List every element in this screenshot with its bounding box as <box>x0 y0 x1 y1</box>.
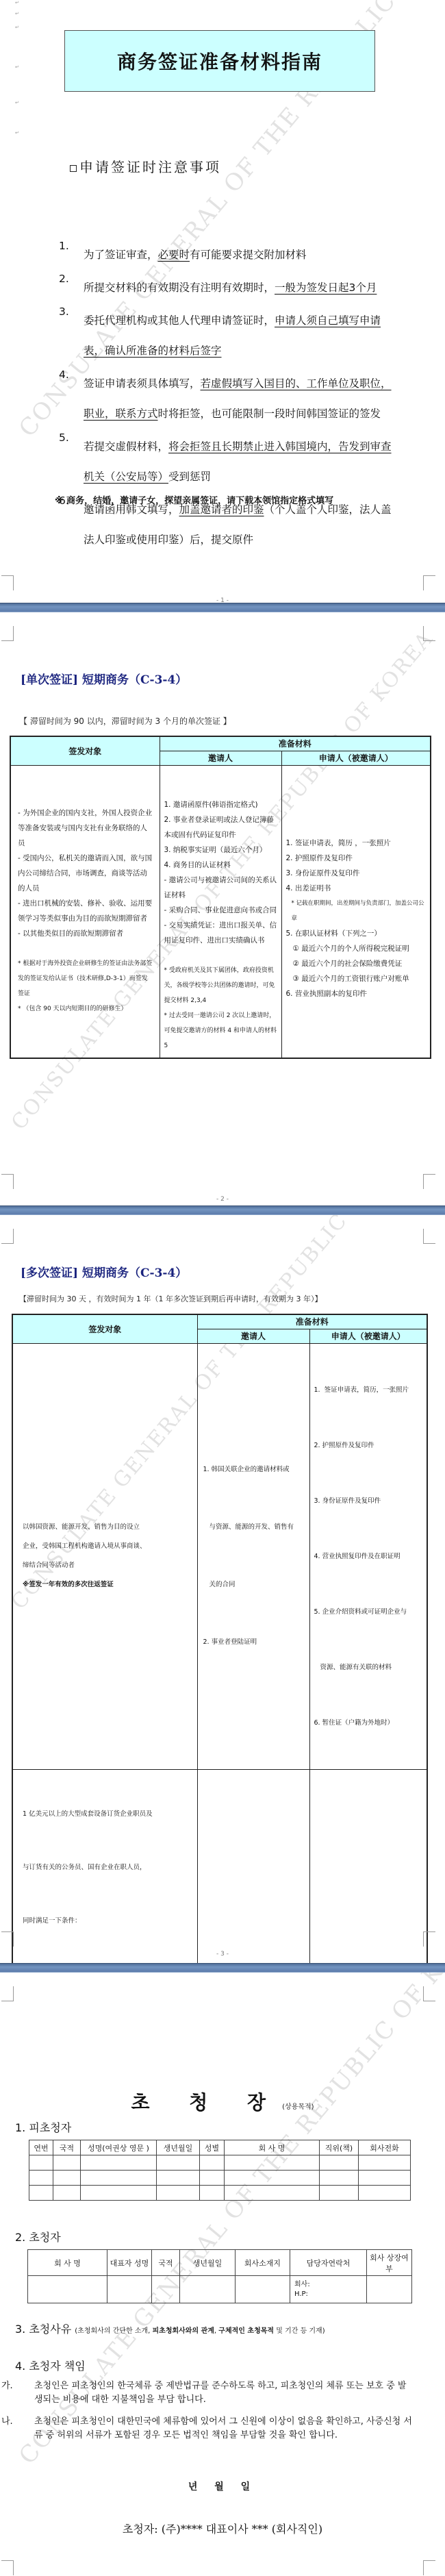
header-target: 签发对象 <box>12 1314 197 1343</box>
section-reason: 3. 초청사유 (초청회사의 간단한 소개, 피초청회사와의 관계, 구체적인 … <box>15 2321 325 2336</box>
crop-mark <box>423 1931 435 1947</box>
target-cell: 以韩国资源、能源开发、销售为目的设立 企业，受韩国工程机构邀请入境从事商谈、 缔… <box>12 1343 197 1769</box>
table-row: 以韩国资源、能源开发、销售为目的设立 企业，受韩国工程机构邀请入境从事商谈、 缔… <box>12 1343 427 1769</box>
signature-line: 초청자: (주)**** 대표이사 *** (회사직인) <box>0 2521 445 2536</box>
section-subtitle: 【滞留时间为 30 天 ，有效时间为 1 年（1 年多次签证到期后再申请时，有效… <box>19 1293 322 1304</box>
crop-mark <box>423 626 435 641</box>
paragraph-mark: ↵ <box>15 130 19 136</box>
crop-mark <box>423 575 435 590</box>
invitee-table: 연번 국적 성명(여권상 영문 ) 생년월일 성별 회 사 명 직위(책) 회사… <box>29 2140 411 2201</box>
section-inviter: 2. 초청자 <box>15 2229 61 2244</box>
crop-mark <box>423 2560 435 2575</box>
section-title: [多次签证] 短期商务（C-3-4） <box>21 1263 187 1280</box>
section-invitee: 1. 피초청자 <box>15 2119 71 2135</box>
header-inviter: 邀请人 <box>160 751 281 765</box>
paragraph-mark: ↵ <box>15 11 19 16</box>
footnote: ※ 商务，结婚，邀请子女，探望亲属签证，请下载本领馆指定格式填写 <box>55 493 333 506</box>
table-row[interactable]: 회사:H.P: <box>28 2276 412 2303</box>
crop-mark <box>1 575 14 590</box>
header-materials: 准备材料 <box>160 736 431 751</box>
table-row[interactable] <box>29 2186 411 2201</box>
document-title-box: 商务签证准备材料指南 <box>64 30 375 92</box>
rule-item: 2.所提交材料的有效期没有注明有效期时，一般为签发日起3个月 <box>59 273 401 303</box>
page-number: - 2 - <box>0 1196 445 1203</box>
page-number: - 1 - <box>0 597 445 603</box>
inviter-cell: 1. 韩国关联企业的邀请材料或 与资源、能源的开发、销售有 关的合同 2. 事业… <box>197 1343 309 1769</box>
notice-heading: 申请签证时注意事项 <box>70 156 221 176</box>
paragraph-mark: ↵ <box>15 0 19 5</box>
section-responsibility: 4. 초청자 책임 <box>15 2358 86 2373</box>
table-row[interactable] <box>29 2155 411 2171</box>
document-title: 商务签证准备材料指南 <box>117 47 322 75</box>
date-line: 년 월 일 <box>0 2479 445 2493</box>
target-cell: 1 亿美元以上的大型成套设备订货企业职员及 与订货有关的公务员、国有企业在职人员… <box>12 1769 197 1963</box>
document-page-3: CONSULATE GENERAL OF THE REPUBLIC OF KOR… <box>0 1215 445 1963</box>
multi-visa-table: 签发对象 准备材料 邀请人 申请人（被邀请人） 以韩国资源、能源开发、销售为目的… <box>12 1314 428 1963</box>
applicant-cell: 1. 签证申请表，简历，一张照片 2. 护照原件及复印件 3. 身份证原件及复印… <box>309 1343 427 1769</box>
header-inviter: 邀请人 <box>197 1329 309 1343</box>
crop-mark <box>1 1229 14 1244</box>
paragraph-mark: ↵ <box>15 25 19 30</box>
crop-mark <box>423 1229 435 1244</box>
inviter-table: 회 사 명 대표자 성명 국적 생년월일 회사소재지 담당자연락처 회사 상장여… <box>27 2249 412 2303</box>
section-title: [单次签证] 短期商务（C-3-4） <box>21 670 187 687</box>
inviter-cell: 1. 邀请函原件(韩语指定格式) 2. 事业者登录证明或法人登记簿藤本或固有代码… <box>160 765 281 1058</box>
header-target: 签发对象 <box>10 736 160 765</box>
rules-list: 1.为了签证审查，必要时有可能要求提交附加材料 2.所提交材料的有效期没有注明有… <box>59 240 401 558</box>
crop-mark <box>1 1174 14 1189</box>
clause-na: 나.초청인은 피초청인이 대한민국에 체류함에 있어서 그 신원에 이상이 없음… <box>18 2415 415 2442</box>
crop-mark <box>423 1986 435 2001</box>
rule-item: 5.若提交虚假材料，将会拒签且长期禁止进入韩国境内，告发到审查机关（公安局等）受… <box>59 432 401 492</box>
page-separator <box>0 1205 445 1215</box>
crop-mark <box>1 1931 14 1947</box>
applicant-cell: 1. 签证申请表，简历 ，一张照片 2. 护照原件及复印件 3. 身份证原件及复… <box>281 765 431 1058</box>
page-separator <box>0 603 445 612</box>
applicant-cell: 1. 签证申请表，简历，一张照片 2. 护照原件及复印件 3. 身份证原件及复印… <box>309 1769 427 1963</box>
crop-mark <box>1 626 14 641</box>
page-separator <box>0 1963 445 1973</box>
single-visa-table: 签发对象 准备材料 邀请人 申请人（被邀请人） - 为外国企业的国内支社，外国人… <box>10 736 431 1059</box>
target-cell: - 为外国企业的国内支社，外国人投资企业等准备安装或与国内支社有业务联络的人员 … <box>10 765 160 1058</box>
section-subtitle: 【 滞留时间为 90 以内，滞留时间为 3 个月的单次签证 】 <box>19 715 231 727</box>
paragraph-mark: ↵ <box>15 100 19 105</box>
document-page-2: CONSULATE GENERAL OF THE REPUBLIC OF KOR… <box>0 612 445 1205</box>
header-applicant: 申请人（被邀请人） <box>309 1329 427 1343</box>
page-number: - 3 - <box>0 1951 445 1958</box>
checkbox-square-icon <box>70 165 77 172</box>
table-row: 1 亿美元以上的大型成套设备订货企业职员及 与订货有关的公务员、国有企业在职人员… <box>12 1769 427 1963</box>
header-materials: 准备材料 <box>197 1314 427 1329</box>
document-page-1: ↵ ↵ ↵ ↵ ↵ ↵ CONSULATE GENERAL OF THE REP… <box>0 0 445 603</box>
rule-item: 3.委托代理机构或其他人代理申请签证时，申请人须自己填写申请表，确认所准备的材料… <box>59 305 401 366</box>
invitation-title: 초 청 장(상용목적) <box>0 2088 445 2115</box>
document-page-4: CONSULATE GENERAL OF THE REPUBLIC OF KOR… <box>0 1973 445 2575</box>
crop-mark <box>1 2560 14 2575</box>
header-applicant: 申请人（被邀请人） <box>281 751 431 765</box>
paragraph-mark: ↵ <box>15 64 19 70</box>
inviter-cell: 1. 邀请函原件（韩文指定格式） 2. 工程订单相关认证材料 <box>197 1769 309 1963</box>
crop-mark <box>1 1986 14 2001</box>
rule-item: 4.签证申请表须具体填写，若虚假填写入国目的、工作单位及职位，职业，联系方式时将… <box>59 368 401 429</box>
clause-ga: 가.초청인은 피초청인의 한국체류 중 제반법규를 준수하도록 하고, 피초청인… <box>18 2379 415 2407</box>
crop-mark <box>423 1174 435 1189</box>
table-row[interactable] <box>29 2171 411 2186</box>
rule-item: 1.为了签证审查，必要时有可能要求提交附加材料 <box>59 240 401 270</box>
